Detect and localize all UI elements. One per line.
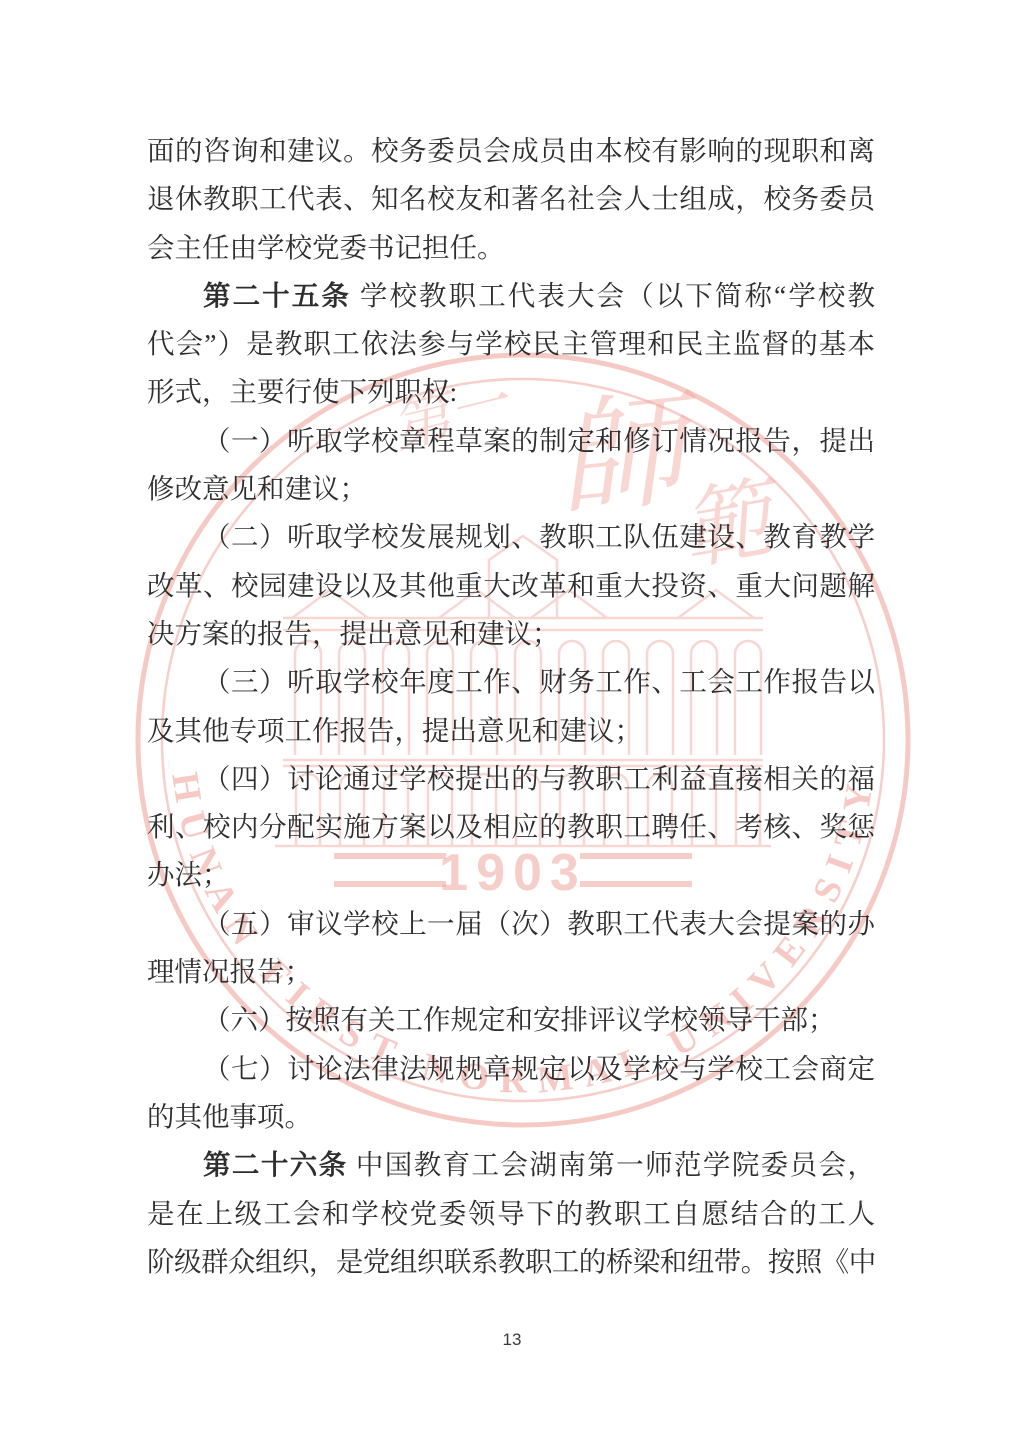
article-number-bold: 第二十五条 [203, 280, 351, 311]
page-number: 13 [0, 1330, 1024, 1350]
text-line: 修改意见和建议； [147, 465, 875, 513]
text-line: （四）讨论通过学校提出的与教职工利益直接相关的福 [147, 755, 875, 803]
text-line: 及其他专项工作报告，提出意见和建议； [147, 707, 875, 755]
text-line: 第二十五条 学校教职工代表大会（以下简称“学校教 [147, 272, 875, 320]
document-page: HUNAN FIRST NORMAL UNIVERSITY [0, 0, 1024, 1447]
text-line: 办法； [147, 851, 875, 899]
text-line: 形式，主要行使下列职权: [147, 368, 875, 416]
text-line: （三）听取学校年度工作、财务工作、工会工作报告以 [147, 658, 875, 706]
text-line: 是在上级工会和学校党委领导下的教职工自愿结合的工人 [147, 1190, 875, 1238]
text-line: 利、校内分配实施方案以及相应的教职工聘任、考核、奖惩 [147, 803, 875, 851]
text-line: （一）听取学校章程草案的制定和修订情况报告，提出 [147, 417, 875, 465]
text-line: （五）审议学校上一届（次）教职工代表大会提案的办 [147, 900, 875, 948]
text-line: 阶级群众组织，是党组织联系教职工的桥梁和纽带。按照《中 [147, 1238, 875, 1286]
text-line: （六）按照有关工作规定和安排评议学校领导干部； [147, 996, 875, 1044]
text-line: （二）听取学校发展规划、教职工队伍建设、教育教学 [147, 513, 875, 561]
article-number-bold: 第二十六条 [203, 1149, 348, 1180]
text-line: 改革、校园建设以及其他重大改革和重大投资、重大问题解 [147, 562, 875, 610]
text-line: 理情况报告； [147, 948, 875, 996]
text-line: 会主任由学校党委书记担任。 [147, 224, 875, 272]
text-line: 第二十六条 中国教育工会湖南第一师范学院委员会， [147, 1141, 875, 1189]
document-body: 面的咨询和建议。校务委员会成员由本校有影响的现职和离退休教职工代表、知名校友和著… [147, 127, 875, 1286]
text-line: 退休教职工代表、知名校友和著名社会人士组成，校务委员 [147, 175, 875, 223]
text-line: （七）讨论法律法规规章规定以及学校与学校工会商定 [147, 1045, 875, 1093]
text-line: 决方案的报告，提出意见和建议； [147, 610, 875, 658]
text-line: 面的咨询和建议。校务委员会成员由本校有影响的现职和离 [147, 127, 875, 175]
text-line: 的其他事项。 [147, 1093, 875, 1141]
text-line: 代会”）是教职工依法参与学校民主管理和民主监督的基本 [147, 320, 875, 368]
